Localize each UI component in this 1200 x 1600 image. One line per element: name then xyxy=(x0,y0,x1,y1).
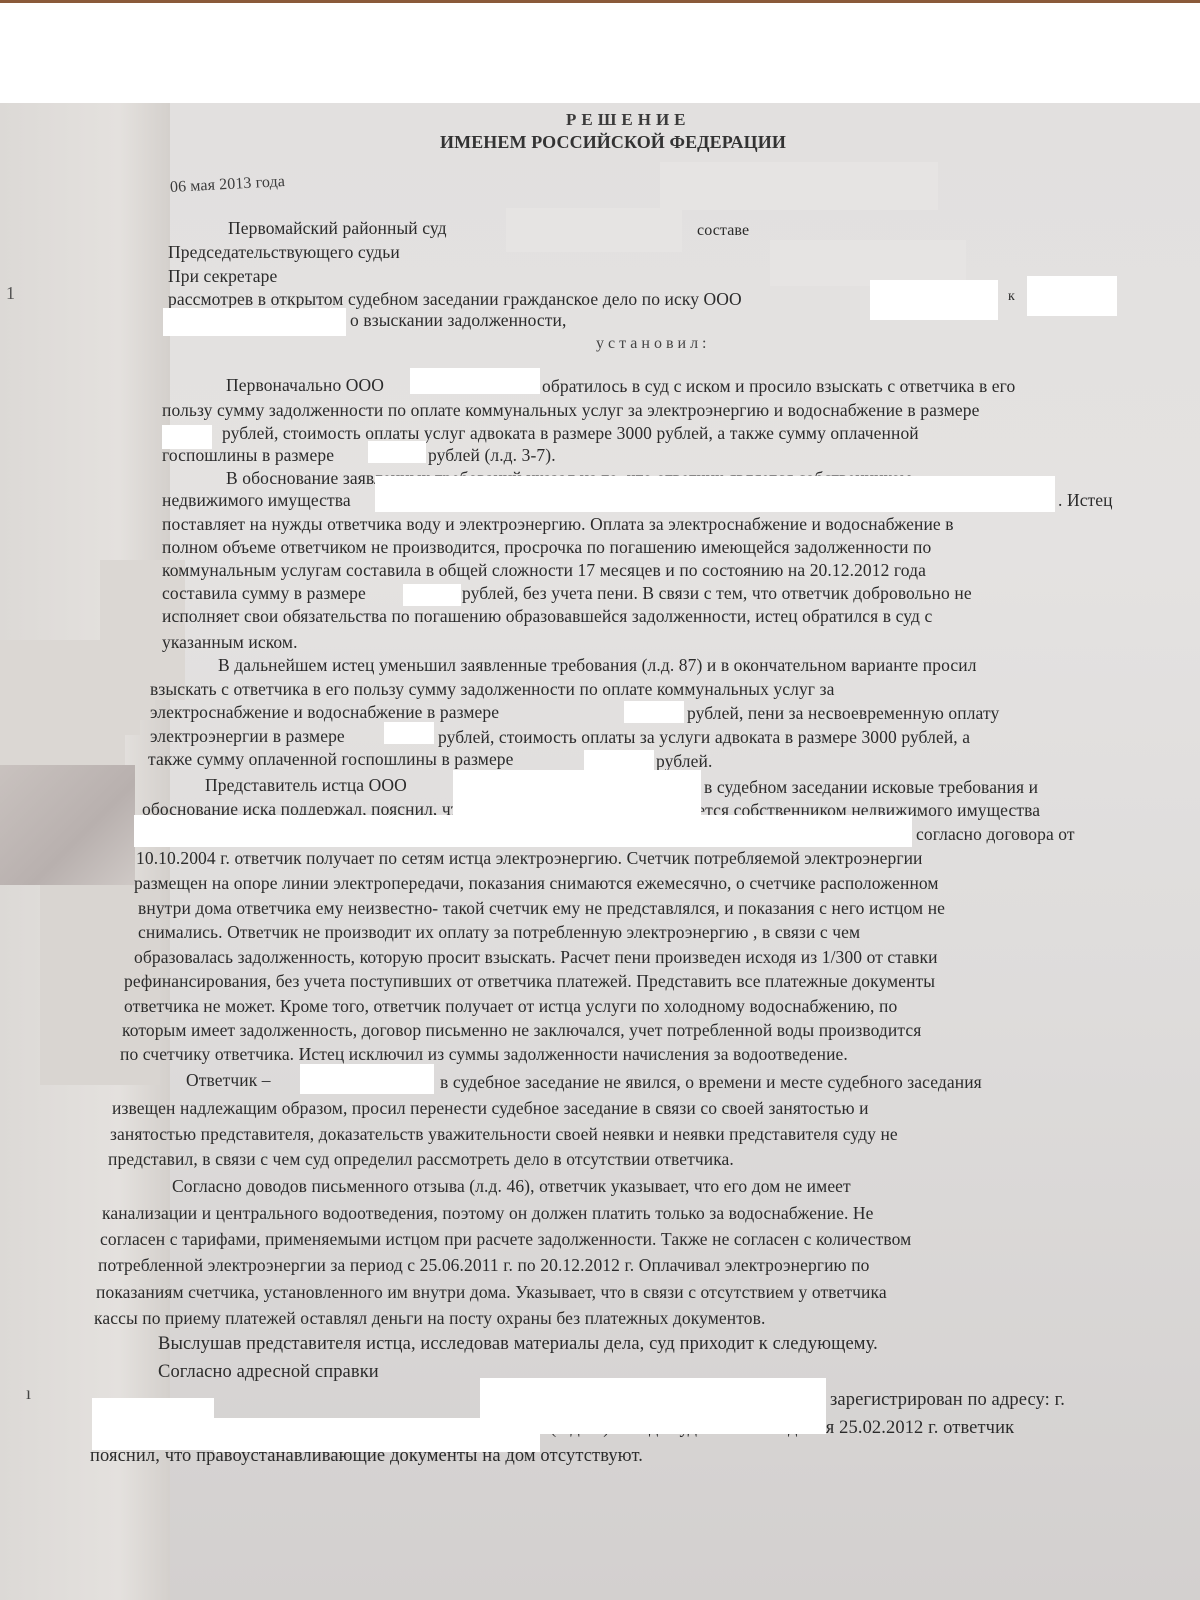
established-heading: установил: xyxy=(596,335,711,353)
redaction-box xyxy=(375,476,1055,512)
redaction-box xyxy=(410,368,540,394)
text-line: согласен с тарифами, применяемыми истцом… xyxy=(100,1229,911,1250)
redaction-box xyxy=(92,1398,214,1450)
text-line: рублей, стоимость оплаты услуг адвоката … xyxy=(222,423,919,444)
text-line: занятостью представителя, доказательств … xyxy=(110,1124,898,1145)
text-line: пользу сумму задолженности по оплате ком… xyxy=(162,400,979,421)
text-line: . Истец xyxy=(1058,490,1113,511)
doc-subtitle: ИМЕНЕМ РОССИЙСКОЙ ФЕДЕРАЦИИ xyxy=(440,132,786,153)
redaction-box xyxy=(134,815,912,847)
text-line: Представитель истца ООО xyxy=(205,775,407,796)
text-line: которым имеет задолженность, договор пис… xyxy=(122,1020,921,1041)
text-line: полном объеме ответчиком не производится… xyxy=(162,537,931,558)
text-line: показаниям счетчика, установленного им в… xyxy=(96,1282,887,1303)
text-line: представил, в связи с чем суд определил … xyxy=(108,1149,734,1170)
text-line: Первоначально ООО xyxy=(226,375,384,396)
redaction-box xyxy=(870,280,998,320)
text-line: снимались. Ответчик не производит их опл… xyxy=(138,922,860,943)
text-line: электроэнергии в размере xyxy=(150,726,345,747)
text-line: извещен надлежащим образом, просил перен… xyxy=(112,1098,869,1119)
text-line: зарегистрирован по адресу: г. xyxy=(830,1390,1065,1411)
text-line: согласно договора от xyxy=(916,824,1075,845)
text-line: Выслушав представителя истца, исследовав… xyxy=(158,1334,878,1355)
text-line: кассы по приему платежей оставлял деньги… xyxy=(94,1308,765,1329)
redaction-box xyxy=(506,208,682,252)
redaction-box xyxy=(214,1418,540,1452)
text-line: Ответчик – xyxy=(186,1070,271,1091)
text-line: образовалась задолженность, которую прос… xyxy=(134,947,938,968)
redaction-box xyxy=(624,701,684,723)
text-line: также сумму оплаченной госпошлины в разм… xyxy=(148,749,514,770)
text-line: Согласно доводов письменного отзыва (л.д… xyxy=(172,1176,851,1197)
case-line: рассмотрев в открытом судебном заседании… xyxy=(168,289,742,310)
text-line: размещен на опоре линии электропередачи,… xyxy=(134,873,939,894)
text-line: рублей, стоимость оплаты за услуги адвок… xyxy=(438,727,970,748)
redaction-box xyxy=(660,162,938,210)
text-line: поставляет на нужды ответчика воду и эле… xyxy=(162,514,954,535)
text-line: недвижимого имущества xyxy=(162,490,351,511)
redaction-box xyxy=(584,750,654,772)
redaction-box xyxy=(162,425,212,449)
redaction-box xyxy=(403,584,461,606)
case-subject: о взыскании задолженности, xyxy=(350,310,566,331)
text-line: рублей (л.д. 3-7). xyxy=(428,445,556,466)
text-line: электроснабжение и водоснабжение в разме… xyxy=(150,702,499,723)
text-line: 10.10.2004 г. ответчик получает по сетям… xyxy=(136,848,923,869)
text-line: рефинансирования, без учета поступивших … xyxy=(124,971,935,992)
text-line: ответчика не может. Кроме того, ответчик… xyxy=(124,996,897,1017)
text-line: указанным иском. xyxy=(162,632,298,653)
text-line: внутри дома ответчика ему неизвестно- та… xyxy=(138,898,945,919)
text-line: В дальнейшем истец уменьшил заявленные т… xyxy=(218,655,977,676)
text-line: в судебное заседание не явился, о времен… xyxy=(440,1072,982,1093)
redaction-box xyxy=(1027,276,1117,316)
text-line: рублей, без учета пени. В связи с тем, ч… xyxy=(462,583,972,604)
text-line: Согласно адресной справки xyxy=(158,1362,379,1383)
case-k: к xyxy=(1008,289,1015,305)
doc-date: 06 мая 2013 года xyxy=(170,173,286,197)
doc-title: РЕШЕНИЕ xyxy=(566,110,691,130)
text-line: взыскать с ответчика в его пользу сумму … xyxy=(150,679,834,700)
text-line: в судебном заседании исковые требования … xyxy=(704,777,1038,798)
text-line: обратилось в суд с иском и просило взыск… xyxy=(542,376,1015,397)
text-line: исполняет свои обязательства по погашени… xyxy=(162,606,932,627)
redaction-box xyxy=(163,308,346,336)
redaction-box xyxy=(453,770,701,820)
text-line: составила сумму в размере xyxy=(162,583,366,604)
composition-label: составе xyxy=(697,222,749,240)
text-line: потребленной электроэнергии за период с … xyxy=(98,1255,870,1276)
court-line: Первомайский районный суд xyxy=(228,218,447,239)
text-line: рублей, пени за несвоевременную оплату xyxy=(687,703,999,724)
text-line: рублей. xyxy=(656,751,712,772)
text-line: канализации и центрального водоотведения… xyxy=(102,1203,874,1224)
redaction-box xyxy=(300,1064,434,1094)
text-line: коммунальным услугам составила в общей с… xyxy=(162,560,926,581)
presiding-label: Председательствующего судьи xyxy=(168,242,400,263)
text-line: по счетчику ответчика. Истец исключил из… xyxy=(120,1044,848,1065)
redaction-box xyxy=(368,441,426,463)
secretary-label: При секретаре xyxy=(168,266,277,287)
redaction-box xyxy=(384,722,434,744)
